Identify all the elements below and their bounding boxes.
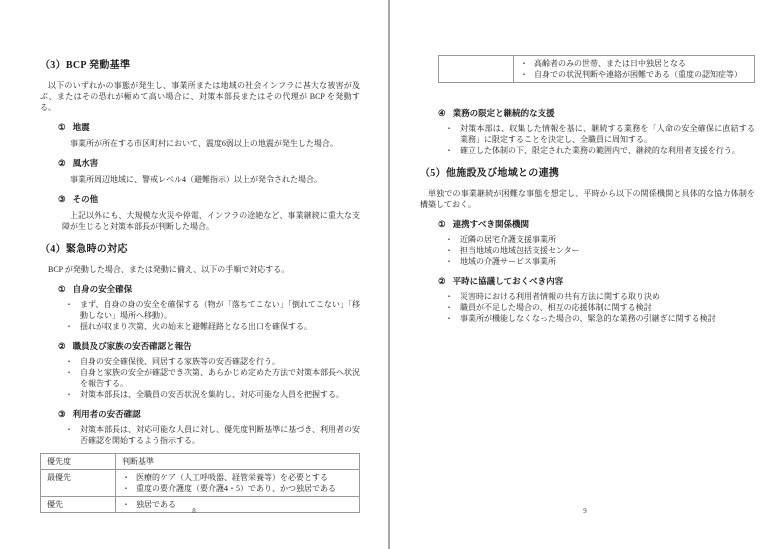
bullet-item: ・ 自身と家族の安全が確認でき次第、あらかじめ定めた方法で対策本部長へ状況を報告… [65, 367, 360, 389]
table-cell-criteria: ・ 医療的ケア（人工呼吸器、経管栄養等）を必要とする ・ 重度の要介護度（要介護… [116, 470, 360, 497]
subsection-title: 地震 [73, 122, 90, 133]
bullet-text: 災害時における利用者情報の共有方法に関する取り決め [460, 291, 755, 302]
subsection-heading: ① 連携すべき関係機関 [438, 219, 755, 230]
table-header-row: 優先度 判断基準 [41, 454, 360, 470]
table-cell-priority: 最優先 [41, 470, 116, 497]
subsection-partner-organizations: ① 連携すべき関係機関 ・ 近隣の居宅介護支援事業所 ・ 担当地域の地域包括支援… [438, 219, 755, 267]
bullet-marker: ・ [65, 389, 73, 400]
page-8: （3）BCP 発動基準 以下のいずれかの事態が発生し、事業所または地域の社会イン… [0, 0, 388, 549]
bullet-text: 担当地域の地域包括支援センター [460, 245, 755, 256]
bullet-marker: ・ [445, 234, 453, 245]
bullet-item: ・ 地域の介護サービス事業所 [445, 256, 755, 267]
bullet-list: ・ 近隣の居宅介護支援事業所 ・ 担当地域の地域包括支援センター ・ 地域の介護… [445, 234, 755, 267]
document-spread: （3）BCP 発動基準 以下のいずれかの事態が発生し、事業所または地域の社会イン… [0, 0, 780, 549]
bullet-marker: ・ [445, 145, 453, 156]
subsection-title: 利用者の安否確認 [73, 409, 141, 420]
bullet-marker: ・ [445, 245, 453, 256]
bullet-list: ・ 自身の安全確保後、同居する家族等の安否確認を行う。 ・ 自身と家族の安全が確… [65, 356, 360, 400]
bullet-marker: ・ [65, 424, 73, 446]
section-5-heading: （5）他施設及び地域との連携 [420, 168, 755, 180]
subsection-title: その他 [73, 194, 99, 205]
subsection-earthquake: ① 地震 事業所が所在する市区町村において、震度6弱以上の地震が発生した場合。 [58, 122, 360, 149]
subsection-storm-flood: ② 風水害 事業所周辺地域に、警戒レベル4（避難指示）以上が発令された場合。 [58, 158, 360, 185]
bullet-marker: ・ [65, 367, 73, 389]
circled-number: ① [58, 122, 66, 133]
bullet-text: まず、自身の身の安全を確保する（物が「落ちてこない」「倒れてこない」「移動しない… [80, 299, 360, 321]
circled-number: ③ [58, 194, 66, 205]
bullet-item: ・ 確立した体制の下、限定された業務の範囲内で、継続的な利用者支援を行う。 [445, 145, 755, 156]
priority-table-continued: ・ 高齢者のみの世帯、または日中独居となる ・ 自身での状況判断や連絡が困難であ… [438, 55, 755, 83]
bullet-item: ・ 担当地域の地域包括支援センター [445, 245, 755, 256]
bullet-text: 高齢者のみの世帯、または日中独居となる [534, 58, 686, 69]
bullet-list: ・ 対策本部は、収集した情報を基に、継続する業務を「人命の安全確保に直結する業務… [445, 123, 755, 156]
bullet-text: 重度の要介護度（要介護4・5）であり、かつ独居である [136, 483, 336, 494]
bullet-item: ・ 対策本部長は、全職員の安否状況を集約し、対応可能な人員を把握する。 [65, 389, 360, 400]
section-4-intro: BCP が発動した場合、または発動に備え、以下の手順で対応する。 [40, 264, 360, 275]
table-row: 最優先 ・ 医療的ケア（人工呼吸器、経管栄養等）を必要とする ・ 重度の要介護度… [41, 470, 360, 497]
bullet-text: 医療的ケア（人工呼吸器、経管栄養等）を必要とする [136, 472, 328, 483]
table-row: ・ 高齢者のみの世帯、または日中独居となる ・ 自身での状況判断や連絡が困難であ… [439, 56, 755, 83]
circled-number: ③ [58, 409, 66, 420]
bullet-text: 対策本部長は、全職員の安否状況を集約し、対応可能な人員を把握する。 [80, 389, 360, 400]
bullet-text: 近隣の居宅介護支援事業所 [460, 234, 755, 245]
bullet-item: ・ 自身の安全確保後、同居する家族等の安否確認を行う。 [65, 356, 360, 367]
bullet-list: ・ 災害時における利用者情報の共有方法に関する取り決め ・ 職員が不足した場合の… [445, 291, 755, 324]
subsection-title: 業務の限定と継続的な支援 [453, 108, 555, 119]
bullet-item: ・ 事業所が機能しなくなった場合の、緊急的な業務の引継ぎに関する検討 [445, 313, 755, 324]
bullet-list: ・ まず、自身の身の安全を確保する（物が「落ちてこない」「倒れてこない」「移動し… [65, 299, 360, 332]
table-header-priority: 優先度 [41, 454, 116, 470]
page-number: 8 [0, 507, 388, 515]
bullet-item: ・ 近隣の居宅介護支援事業所 [445, 234, 755, 245]
table-header-criteria: 判断基準 [116, 454, 360, 470]
bullet-list: ・ 対策本部長は、対応可能な人員に対し、優先度判断基準に基づき、利用者の安否確認… [65, 424, 360, 446]
circled-number: ② [58, 158, 66, 169]
bullet-item: ・ 災害時における利用者情報の共有方法に関する取り決め [445, 291, 755, 302]
section-3-intro: 以下のいずれかの事態が発生し、事業所または地域の社会インフラに甚大な被害が及ぶ、… [40, 80, 360, 113]
subsection-peacetime-discussion: ② 平時に協議しておくべき内容 ・ 災害時における利用者情報の共有方法に関する取… [438, 276, 755, 324]
bullet-marker: ・ [65, 299, 73, 321]
table-cell-criteria: ・ 高齢者のみの世帯、または日中独居となる ・ 自身での状況判断や連絡が困難であ… [514, 56, 755, 83]
page-number: 9 [390, 507, 780, 515]
bullet-marker: ・ [520, 58, 528, 69]
bullet-item: ・ 高齢者のみの世帯、または日中独居となる [520, 58, 748, 69]
bullet-marker: ・ [445, 123, 453, 145]
subsection-title: 自身の安全確保 [73, 284, 133, 295]
bullet-marker: ・ [445, 313, 453, 324]
section-3-heading: （3）BCP 発動基準 [40, 60, 360, 72]
subsection-title: 連携すべき関係機関 [453, 219, 529, 230]
subsection-self-safety: ① 自身の安全確保 ・ まず、自身の身の安全を確保する（物が「落ちてこない」「倒… [58, 284, 360, 332]
bullet-item: ・ 重度の要介護度（要介護4・5）であり、かつ独居である [122, 483, 353, 494]
subsection-heading: ③ その他 [58, 194, 360, 205]
bullet-marker: ・ [122, 472, 130, 483]
subsection-heading: ④ 業務の限定と継続的な支援 [438, 108, 755, 119]
subsection-heading: ② 平時に協議しておくべき内容 [438, 276, 755, 287]
subsection-user-safety: ③ 利用者の安否確認 ・ 対策本部長は、対応可能な人員に対し、優先度判断基準に基… [58, 409, 360, 446]
bullet-item: ・ まず、自身の身の安全を確保する（物が「落ちてこない」「倒れてこない」「移動し… [65, 299, 360, 321]
subsection-heading: ③ 利用者の安否確認 [58, 409, 360, 420]
bullet-text: 自身と家族の安全が確認でき次第、あらかじめ定めた方法で対策本部長へ状況を報告する… [80, 367, 360, 389]
subsection-other: ③ その他 上記以外にも、大規模な火災や停電、インフラの途絶など、事業継続に重大… [58, 194, 360, 232]
subsection-heading: ② 職員及び家族の安否確認と報告 [58, 341, 360, 352]
bullet-text: 自身での状況判断や連絡が困難である（重度の認知症等） [534, 69, 742, 80]
bullet-marker: ・ [445, 256, 453, 267]
bullet-item: ・ 自身での状況判断や連絡が困難である（重度の認知症等） [520, 69, 748, 80]
circled-number: ② [58, 341, 66, 352]
subsection-body: 上記以外にも、大規模な火災や停電、インフラの途絶など、事業継続に重大な支障が生じ… [62, 210, 360, 232]
bullet-marker: ・ [520, 69, 528, 80]
subsection-title: 職員及び家族の安否確認と報告 [73, 341, 192, 352]
subsection-heading: ① 地震 [58, 122, 360, 133]
bullet-marker: ・ [65, 321, 73, 332]
bullet-text: 揺れが収まり次第、火の始末と避難経路となる出口を確保する。 [80, 321, 360, 332]
section-5-intro: 単独での事業継続が困難な事態を想定し、平時から以下の関係機関と具体的な協力体制を… [420, 188, 755, 210]
subsection-title: 平時に協議しておくべき内容 [453, 276, 564, 287]
bullet-item: ・ 医療的ケア（人工呼吸器、経管栄養等）を必要とする [122, 472, 353, 483]
bullet-text: 確立した体制の下、限定された業務の範囲内で、継続的な利用者支援を行う。 [460, 145, 755, 156]
circled-number: ① [58, 284, 66, 295]
circled-number: ① [438, 219, 446, 230]
section-4-heading: （4）緊急時の対応 [40, 244, 360, 256]
bullet-text: 対策本部は、収集した情報を基に、継続する業務を「人命の安全確保に直結する業務」に… [460, 123, 755, 145]
bullet-item: ・ 対策本部長は、対応可能な人員に対し、優先度判断基準に基づき、利用者の安否確認… [65, 424, 360, 446]
circled-number: ② [438, 276, 446, 287]
page-9: ・ 高齢者のみの世帯、または日中独居となる ・ 自身での状況判断や連絡が困難であ… [390, 0, 780, 549]
subsection-body: 事業所周辺地域に、警戒レベル4（避難指示）以上が発令された場合。 [62, 174, 360, 185]
bullet-text: 自身の安全確保後、同居する家族等の安否確認を行う。 [80, 356, 360, 367]
table-cell-priority [439, 56, 514, 83]
priority-table: 優先度 判断基準 最優先 ・ 医療的ケア（人工呼吸器、経管栄養等）を必要とする … [40, 453, 360, 513]
bullet-text: 事業所が機能しなくなった場合の、緊急的な業務の引継ぎに関する検討 [460, 313, 755, 324]
bullet-marker: ・ [445, 291, 453, 302]
subsection-heading: ① 自身の安全確保 [58, 284, 360, 295]
bullet-marker: ・ [65, 356, 73, 367]
subsection-body: 事業所が所在する市区町村において、震度6弱以上の地震が発生した場合。 [62, 138, 360, 149]
subsection-staff-family-safety: ② 職員及び家族の安否確認と報告 ・ 自身の安全確保後、同居する家族等の安否確認… [58, 341, 360, 400]
bullet-marker: ・ [445, 302, 453, 313]
subsection-title: 風水害 [73, 158, 99, 169]
bullet-text: 職員が不足した場合の、相互の応援体制に関する検討 [460, 302, 755, 313]
bullet-item: ・ 対策本部は、収集した情報を基に、継続する業務を「人命の安全確保に直結する業務… [445, 123, 755, 145]
bullet-marker: ・ [122, 483, 130, 494]
circled-number: ④ [438, 108, 446, 119]
bullet-text: 地域の介護サービス事業所 [460, 256, 755, 267]
subsection-heading: ② 風水害 [58, 158, 360, 169]
bullet-item: ・ 職員が不足した場合の、相互の応援体制に関する検討 [445, 302, 755, 313]
bullet-item: ・ 揺れが収まり次第、火の始末と避難経路となる出口を確保する。 [65, 321, 360, 332]
subsection-service-limitation: ④ 業務の限定と継続的な支援 ・ 対策本部は、収集した情報を基に、継続する業務を… [438, 108, 755, 156]
bullet-text: 対策本部長は、対応可能な人員に対し、優先度判断基準に基づき、利用者の安否確認を開… [80, 424, 360, 446]
